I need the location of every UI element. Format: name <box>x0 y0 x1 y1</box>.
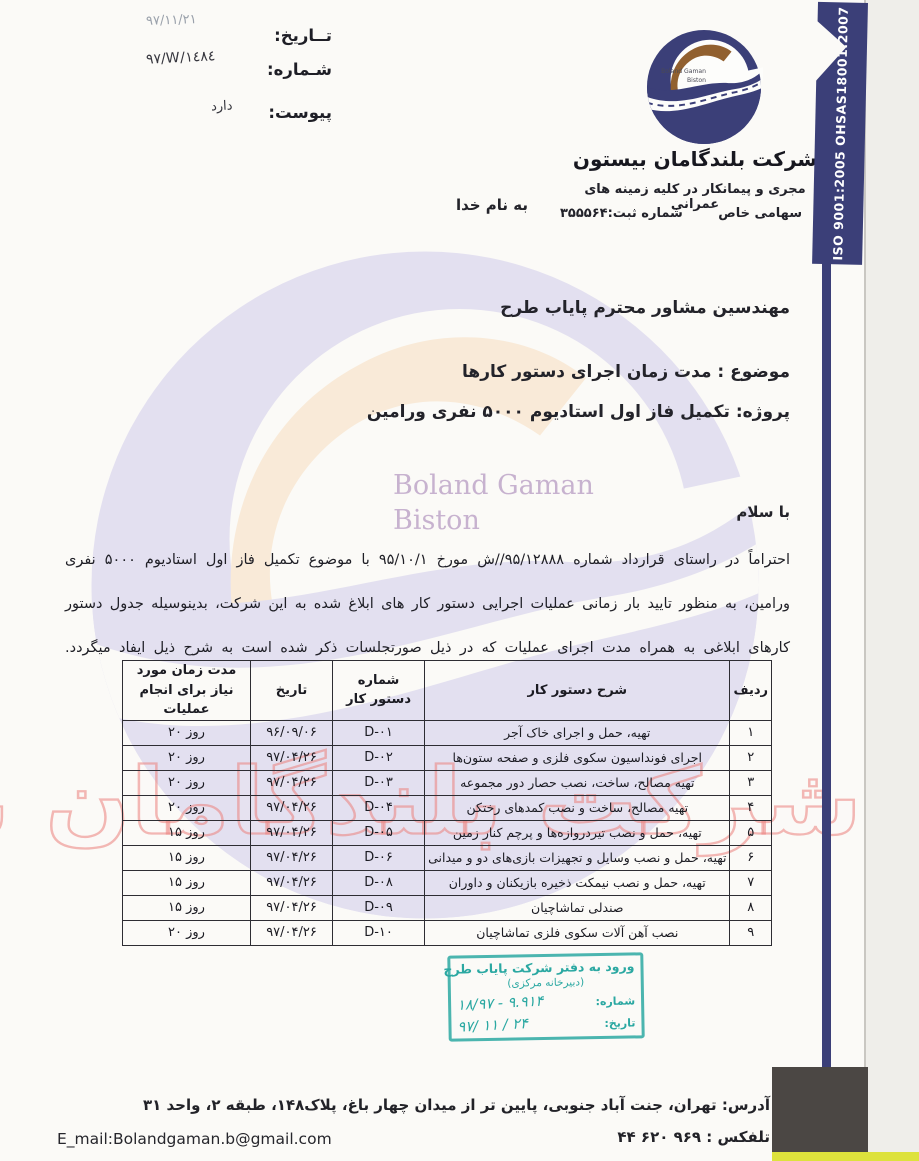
salutation-line: با سلام <box>736 503 790 521</box>
subject-line: موضوع : مدت زمان اجرای دستور کارها <box>462 362 790 382</box>
telefax-number: ۴۴ ۶۲۰ ۹۶۹ <box>617 1128 701 1146</box>
order-description: صندلی تماشاچیان <box>425 895 730 920</box>
order-number: D-۰۹ <box>333 895 425 920</box>
project-line: پروژه: تکمیل فاز اول استادیوم ۵۰۰۰ نفری … <box>367 402 790 422</box>
logo-caption-line2: Biston <box>687 77 706 84</box>
order-duration: ۲۰ روز <box>123 720 251 745</box>
bismillah-text: به نام خدا <box>437 196 547 214</box>
row-number: ۴ <box>730 795 772 820</box>
order-date: ۹۷/۰۴/۲۶ <box>250 920 332 945</box>
footer-email: E_mail:Bolandgaman.b@gmail.com <box>57 1130 332 1148</box>
page-edge-line <box>864 0 866 1161</box>
table-row: ۳تهیه مصالح، ساخت، نصب حصار دور مجموعهD-… <box>123 770 772 795</box>
work-orders-table: ردیف شرح دستور کار شماره دستور کار تاریخ… <box>122 660 772 946</box>
table-row: ۵تهیه، حمل و نصب تیردروازه‌ها و پرچم کنا… <box>123 820 772 845</box>
order-duration: ۲۰ روز <box>123 920 251 945</box>
table-row: ۲اجرای فونداسیون سکوی فلزی و صفحه ستون‌ه… <box>123 745 772 770</box>
telefax-label: تلفکس : <box>701 1128 770 1146</box>
registration-number: شماره ثبت:۳۵۵۵۶۴ <box>560 206 683 221</box>
right-border-line <box>822 258 831 1070</box>
watermark-caption-line2: Biston <box>393 503 594 538</box>
scanned-letter-page: Boland Gaman Biston شرکت بلندگامان بیستو… <box>0 0 919 1161</box>
company-name: شرکت بلندگامان بیستون <box>570 147 820 171</box>
order-description: تهیه، حمل و نصب تیردروازه‌ها و پرچم کنار… <box>425 820 730 845</box>
row-number: ۱ <box>730 720 772 745</box>
watermark-caption-line1: Boland Gaman <box>393 468 594 503</box>
header-duration: مدت زمان مورد نیاز برای انجام عملیات <box>123 661 251 721</box>
footer-telefax: تلفکس : ۴۴ ۶۲۰ ۹۶۹ <box>617 1128 770 1146</box>
row-number: ۸ <box>730 895 772 920</box>
body-line-2: ورامین، به منظور تایید بار زمانی عملیات … <box>65 582 790 626</box>
table-header-row: ردیف شرح دستور کار شماره دستور کار تاریخ… <box>123 661 772 721</box>
order-number: D-۰۱ <box>333 720 425 745</box>
footer-address: آدرس: تهران، جنت آباد جنوبی، پایین تر از… <box>143 1096 770 1114</box>
order-date: ۹۷/۰۴/۲۶ <box>250 770 332 795</box>
stamp-number-handwritten: ۱۸/۹۷ - ۹.۹۱۴ <box>457 993 544 1013</box>
order-number: D-۰۴ <box>333 795 425 820</box>
order-description: تهیه، حمل و نصب نیمکت ذخیره بازیکنان و د… <box>425 870 730 895</box>
row-number: ۲ <box>730 745 772 770</box>
attachment-label: پیوست: <box>268 103 332 122</box>
order-duration: ۲۰ روز <box>123 745 251 770</box>
order-duration: ۱۵ روز <box>123 895 251 920</box>
order-date: ۹۷/۰۴/۲۶ <box>250 795 332 820</box>
order-date: ۹۷/۰۴/۲۶ <box>250 820 332 845</box>
watermark-caption: Boland Gaman Biston <box>393 468 594 538</box>
order-duration: ۱۵ روز <box>123 870 251 895</box>
order-description: تهیه، حمل و اجرای خاک آجر <box>425 720 730 745</box>
row-number: ۷ <box>730 870 772 895</box>
logo-caption-line1: Boland Gaman <box>661 68 706 75</box>
table-row: ۴تهیه مصالح، ساخت و نصب کمدهای رختکنD-۰۴… <box>123 795 772 820</box>
order-date: ۹۷/۰۴/۲۶ <box>250 845 332 870</box>
order-description: نصب آهن آلات سکوی فلزی تماشاچیان <box>425 920 730 945</box>
order-duration: ۱۵ روز <box>123 845 251 870</box>
order-description: تهیه، حمل و نصب وسایل و تجهیزات بازی‌های… <box>425 845 730 870</box>
body-paragraph: احتراماً در راستای قرارداد شماره ۹۵/۱۲۸۸… <box>65 538 790 670</box>
entry-stamp: ورود به دفتر شرکت پایاب طرح (دبیرخانه مر… <box>447 952 644 1041</box>
order-description: تهیه مصالح، ساخت، نصب حصار دور مجموعه <box>425 770 730 795</box>
row-number: ۵ <box>730 820 772 845</box>
stamp-date-handwritten: ۹۷/ ۱۱ / ۲۴ <box>457 1016 528 1036</box>
date-handwritten-value: ٩٧/١١/٢١ <box>146 12 197 29</box>
order-duration: ۲۰ روز <box>123 795 251 820</box>
order-duration: ۱۵ روز <box>123 820 251 845</box>
attachment-value: دارد <box>211 98 233 114</box>
order-description: اجرای فونداسیون سکوی فلزی و صفحه ستون‌ها <box>425 745 730 770</box>
order-description: تهیه مصالح، ساخت و نصب کمدهای رختکن <box>425 795 730 820</box>
table-row: ۸صندلی تماشاچیانD-۰۹۹۷/۰۴/۲۶۱۵ روز <box>123 895 772 920</box>
order-date: ۹۷/۰۴/۲۶ <box>250 870 332 895</box>
header-date: تاریخ <box>250 661 332 721</box>
number-label: شـماره: <box>267 60 332 79</box>
order-date: ۹۷/۰۴/۲۶ <box>250 895 332 920</box>
table-row: ۶تهیه، حمل و نصب وسایل و تجهیزات بازی‌ها… <box>123 845 772 870</box>
scanner-margin <box>866 0 919 1161</box>
table-row: ۷تهیه، حمل و نصب نیمکت ذخیره بازیکنان و … <box>123 870 772 895</box>
order-number: D-۰۸ <box>333 870 425 895</box>
date-label: تــاریخ: <box>274 26 332 45</box>
work-orders-tbody: ۱تهیه، حمل و اجرای خاک آجرD-۰۱۹۶/۰۹/۰۶۲۰… <box>123 720 772 945</box>
order-number: D-۰۶ <box>333 845 425 870</box>
stamp-number-row: شماره: ۱۸/۹۷ - ۹.۹۱۴ <box>457 992 635 1013</box>
table-row: ۱تهیه، حمل و اجرای خاک آجرD-۰۱۹۶/۰۹/۰۶۲۰… <box>123 720 772 745</box>
header-row-number: ردیف <box>730 661 772 721</box>
scan-dark-block <box>772 1067 868 1155</box>
header-order-number: شماره دستور کار <box>333 661 425 721</box>
stamp-title: ورود به دفتر شرکت پایاب طرح <box>456 958 634 976</box>
row-number: ۳ <box>730 770 772 795</box>
order-date: ۹۷/۰۴/۲۶ <box>250 745 332 770</box>
order-number: D-۱۰ <box>333 920 425 945</box>
row-number: ۹ <box>730 920 772 945</box>
header-description: شرح دستور کار <box>425 661 730 721</box>
letter-number-value: ٩٧/W/١٤٨٤ <box>146 48 216 68</box>
company-logo: Boland Gaman Biston <box>645 28 763 146</box>
order-duration: ۲۰ روز <box>123 770 251 795</box>
company-registration-row: سهامی خاص شماره ثبت:۳۵۵۵۶۴ <box>560 206 802 221</box>
scan-yellow-strip <box>772 1152 919 1161</box>
order-number: D-۰۲ <box>333 745 425 770</box>
order-number: D-۰۳ <box>333 770 425 795</box>
row-number: ۶ <box>730 845 772 870</box>
stamp-date-row: تاریخ: ۹۷/ ۱۱ / ۲۴ <box>457 1014 635 1035</box>
recipient-line: مهندسین مشاور محترم پایاب طرح <box>500 298 790 318</box>
company-type: سهامی خاص <box>718 206 802 221</box>
stamp-subtitle: (دبیرخانه مرکزی) <box>457 976 635 991</box>
table-row: ۹نصب آهن آلات سکوی فلزی تماشاچیانD-۱۰۹۷/… <box>123 920 772 945</box>
stamp-date-label: تاریخ: <box>604 1017 635 1031</box>
stamp-number-label: شماره: <box>595 995 635 1009</box>
order-date: ۹۶/۰۹/۰۶ <box>250 720 332 745</box>
body-line-1: احتراماً در راستای قرارداد شماره ۹۵/۱۲۸۸… <box>65 538 790 582</box>
order-number: D-۰۵ <box>333 820 425 845</box>
